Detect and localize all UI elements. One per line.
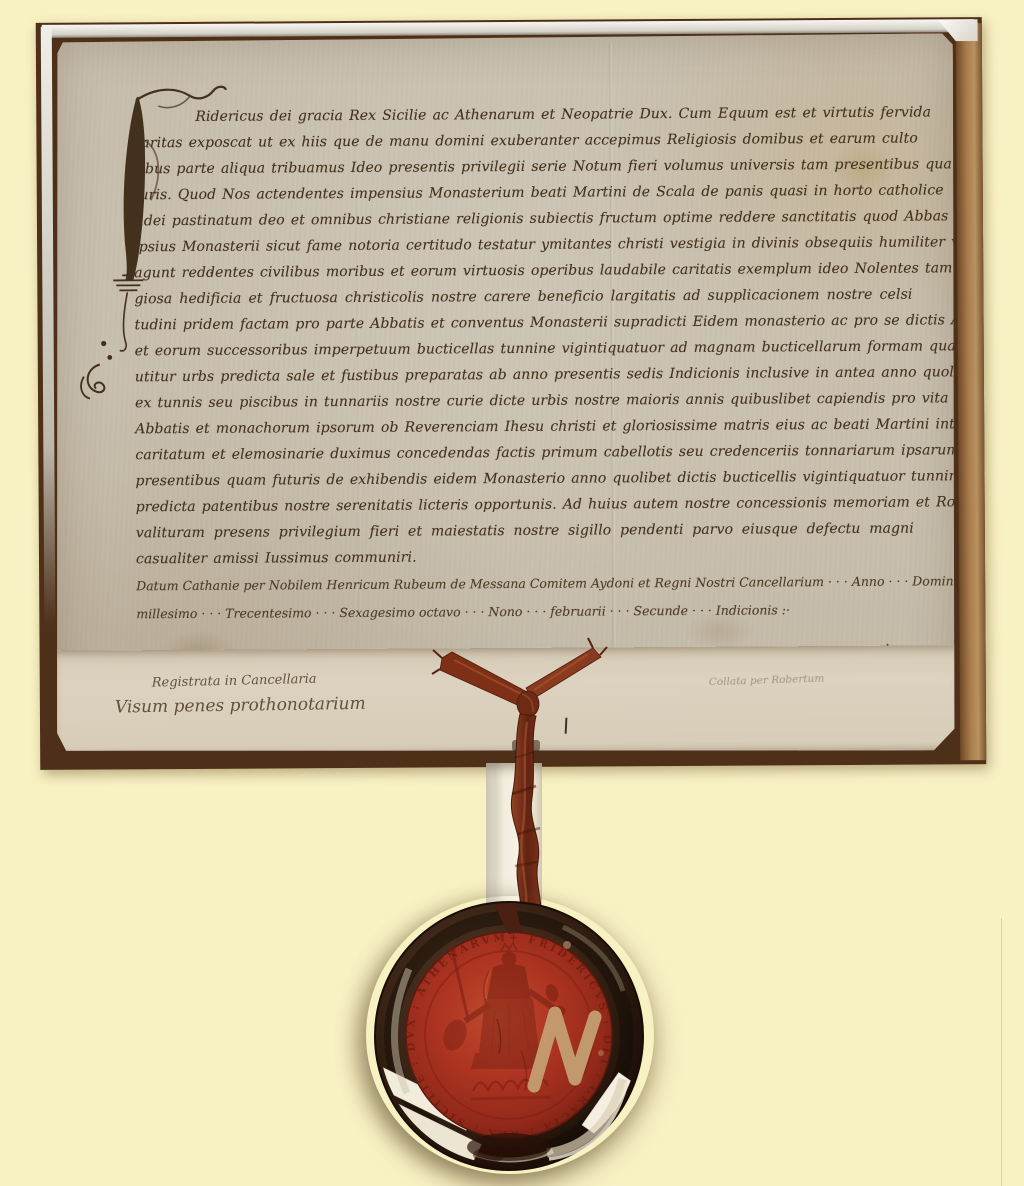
charter-text-line: casualiter amissi Iussimus communiri.: [136, 542, 914, 573]
registration-note: Registrata in Cancellaria: [152, 672, 317, 691]
faint-collation-note: Collata per Robertum: [709, 673, 825, 689]
photograph-mount: Ridericus dei gracia Rex Sicilie ac Athe…: [0, 0, 1024, 1186]
backing-board-right-edge: [956, 23, 987, 760]
wax-seal: + FRIDERICVS : DEI : GRACIA : REX : SICI…: [371, 901, 649, 1171]
dating-clause-line-1: Datum Cathanie per Nobilem Henricum Rube…: [136, 573, 944, 593]
paragraph-mark: [74, 338, 122, 402]
custody-note: Visum penes prothonotarium: [115, 694, 366, 718]
mount-scratch-line: [1001, 918, 1002, 1186]
ribbon-knot: [517, 691, 539, 717]
dating-clause-line-2: millesimo · · · Trecentesimo · · · Sexag…: [136, 604, 502, 621]
glass-bevel-left: [41, 27, 56, 627]
seal-ribbon: [430, 628, 610, 928]
ribbon-right-arm: [526, 648, 601, 699]
charter-text-block: Ridericus dei gracia Rex Sicilie ac Athe…: [133, 100, 914, 573]
charter-text-line: valituram presens privilegium fieri et m…: [136, 516, 914, 547]
